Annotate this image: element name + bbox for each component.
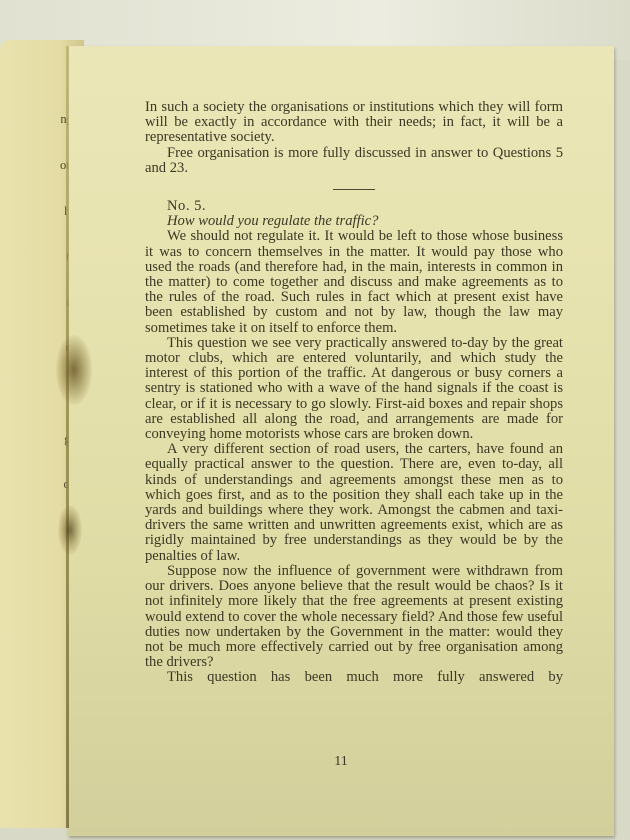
gutter-stain <box>58 505 82 555</box>
body-paragraph: We should not regulate it. It would be l… <box>145 229 563 335</box>
page-body: In such a society the organisations or i… <box>145 100 563 686</box>
section-number: No. 5. <box>145 199 563 214</box>
gutter-stain <box>56 335 92 405</box>
right-page: In such a society the organisations or i… <box>68 46 614 836</box>
intro-paragraph: Free organisation is more fully discusse… <box>145 146 563 176</box>
book-gutter <box>66 46 69 828</box>
body-paragraph: This question we see very practically an… <box>145 336 563 442</box>
body-paragraph: A very different section of road users, … <box>145 442 563 564</box>
section-divider <box>333 189 375 190</box>
intro-paragraph: In such a society the organisations or i… <box>145 100 563 146</box>
body-paragraph: Suppose now the influence of government … <box>145 564 563 670</box>
body-paragraph: This question has been much more fully a… <box>145 670 563 685</box>
section-question: How would you regulate the traffic? <box>145 214 563 229</box>
page-number: 11 <box>68 754 614 770</box>
